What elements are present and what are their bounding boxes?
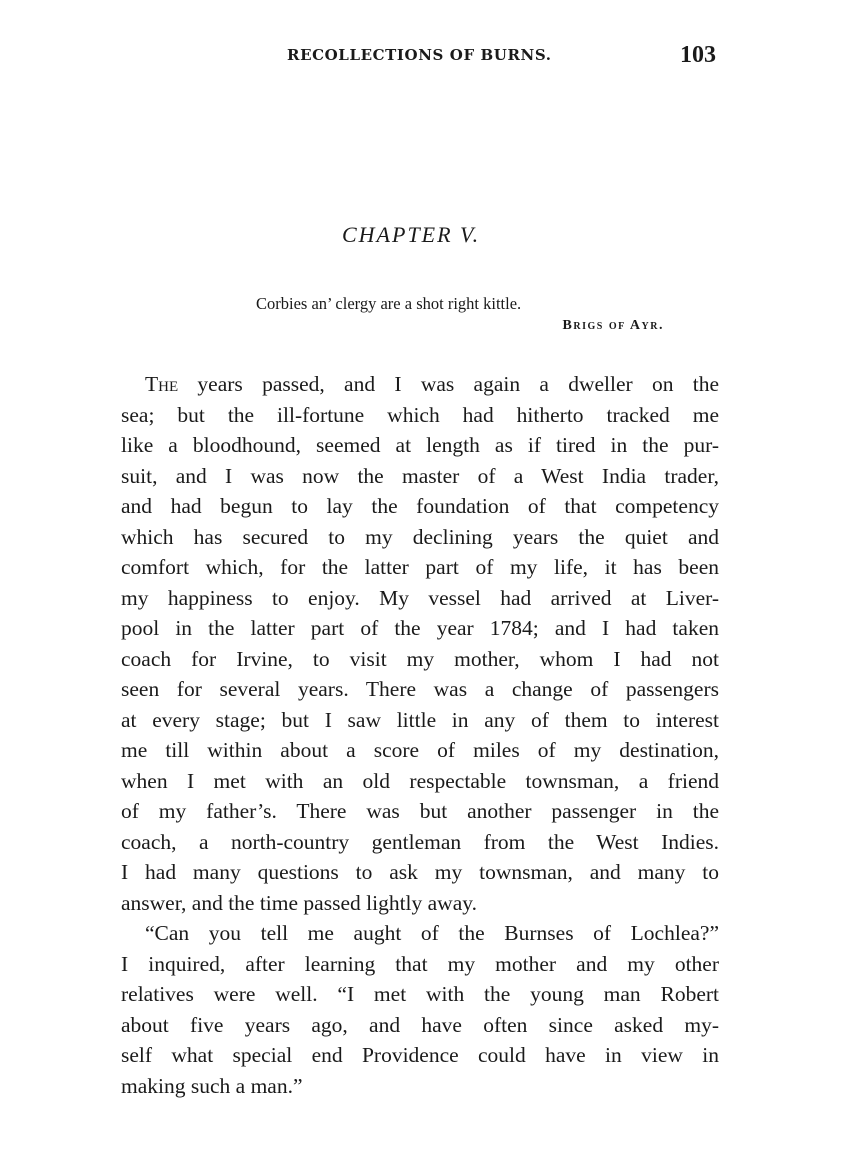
text-line: coach, a north-country gentleman from th… xyxy=(121,827,719,858)
text-line: relatives were well. “I met with the you… xyxy=(121,979,719,1010)
drop-word: The xyxy=(145,372,178,396)
epigraph: Corbies an’ clergy are a shot right kitt… xyxy=(256,294,676,334)
text-line: of my father’s. There was but another pa… xyxy=(121,796,719,827)
text-line: at every stage; but I saw little in any … xyxy=(121,705,719,736)
text-line: I had many questions to ask my townsman,… xyxy=(121,857,719,888)
text-line: my happiness to enjoy. My vessel had arr… xyxy=(121,583,719,614)
text-line: like a bloodhound, seemed at length as i… xyxy=(121,430,719,461)
text-line: “Can you tell me aught of the Burnses of… xyxy=(121,918,719,949)
epigraph-quote: Corbies an’ clergy are a shot right kitt… xyxy=(256,294,676,314)
text-line: about five years ago, and have often sin… xyxy=(121,1010,719,1041)
text-line: The years passed, and I was again a dwel… xyxy=(121,369,719,400)
text-line: me till within about a score of miles of… xyxy=(121,735,719,766)
running-title: RECOLLECTIONS OF BURNS. xyxy=(287,46,552,64)
text-line: pool in the latter part of the year 1784… xyxy=(121,613,719,644)
body-text: The years passed, and I was again a dwel… xyxy=(121,369,719,1101)
epigraph-source: Brigs of Ayr. xyxy=(256,318,676,334)
text-line: when I met with an old respectable towns… xyxy=(121,766,719,797)
text-line: and had begun to lay the foundation of t… xyxy=(121,491,719,522)
text-line-content: years passed, and I was again a dweller … xyxy=(178,372,719,396)
text-line: suit, and I was now the master of a West… xyxy=(121,461,719,492)
text-line: which has secured to my declining years … xyxy=(121,522,719,553)
text-line: seen for several years. There was a chan… xyxy=(121,674,719,705)
text-line: self what special end Providence could h… xyxy=(121,1040,719,1071)
text-line: making such a man.” xyxy=(121,1071,719,1102)
text-line: comfort which, for the latter part of my… xyxy=(121,552,719,583)
page-number: 103 xyxy=(680,42,716,69)
running-head: RECOLLECTIONS OF BURNS. 103 xyxy=(0,42,850,72)
text-line: answer, and the time passed lightly away… xyxy=(121,888,719,919)
chapter-title: CHAPTER V. xyxy=(0,222,850,248)
text-line: sea; but the ill-fortune which had hithe… xyxy=(121,400,719,431)
text-line: coach for Irvine, to visit my mother, wh… xyxy=(121,644,719,675)
text-line: I inquired, after learning that my mothe… xyxy=(121,949,719,980)
